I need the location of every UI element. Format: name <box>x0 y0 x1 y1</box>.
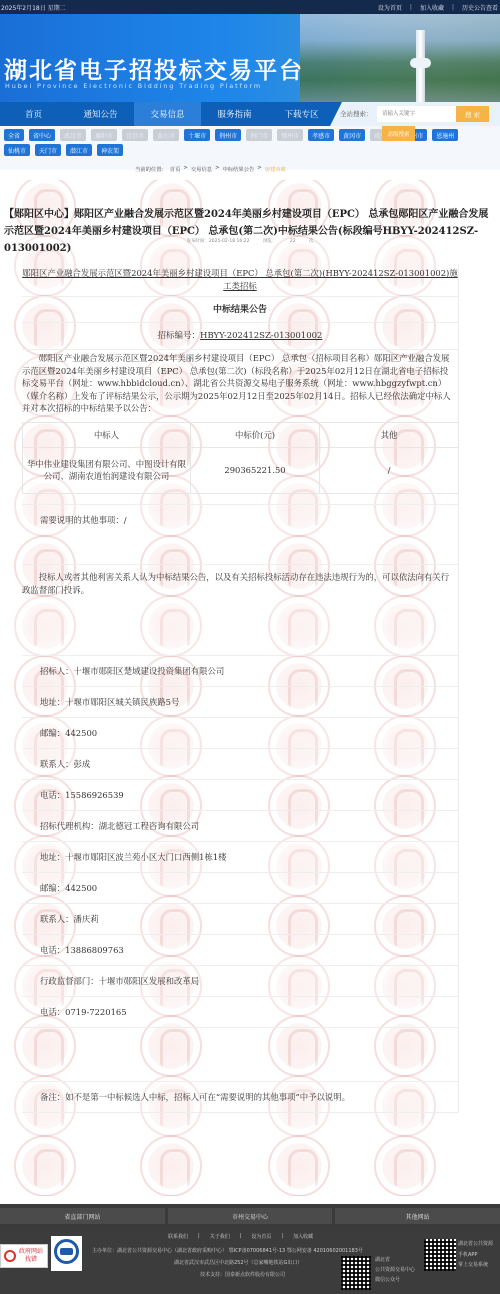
breadcrumb-prefix: 当前的位置： <box>135 165 167 173</box>
intro-paragraph: 郧阳区产业融合发展示范区暨2024年美丽乡村建设项目（EPC） 总承包（招标项目… <box>22 349 458 419</box>
add-favorite-link[interactable]: 加入收藏 <box>420 3 444 12</box>
gov-error-report-badge[interactable]: 政府网站找错 <box>0 1244 48 1268</box>
contact-line: 邮编：442500 <box>22 718 458 749</box>
breadcrumb-trade-info[interactable]: 交易信息 <box>191 165 212 173</box>
note-line: 备注：如不是第一中标候选人中标，招标人可在“需要说明的其他事项”中予以说明。 <box>22 1082 458 1113</box>
article-content: 郧阳区产业融合发展示范区暨2024年美丽乡村建设项目（EPC） 总承包(第二次)… <box>22 264 459 1113</box>
breadcrumb-home[interactable]: 首页 <box>170 165 181 173</box>
gov-badge-line2: 找错 <box>19 1256 43 1264</box>
region-chip: 鄂州市 <box>277 129 303 141</box>
region-chip: 荆门市 <box>246 129 272 141</box>
views-unit: 次 <box>309 239 314 244</box>
app-qr-code <box>424 1239 456 1271</box>
contact-line: 电话：15586926539 <box>22 780 458 811</box>
footer-links: 联系我们| 关于我们| 设为首页| 加入收藏 <box>168 1233 313 1240</box>
region-filter: 全省省中心武汉市襄阳市宜昌市黄石市十堰市荆州市荆门市鄂州市孝感市黄冈市咸宁市随州… <box>0 126 500 170</box>
main-nav: 首页 通知公告 交易信息 服务指南 下载专区 全站搜索： 搜 索 <box>0 102 500 126</box>
search-button[interactable]: 搜 索 <box>456 106 489 122</box>
region-chip: 襄阳市 <box>91 129 117 141</box>
gov-badge-line1: 政府网站 <box>19 1248 43 1256</box>
region-chip[interactable]: 恩施州 <box>432 129 458 141</box>
region-chip[interactable]: 天门市 <box>35 144 61 156</box>
notice-heading: 中标结果公告 <box>22 297 458 323</box>
city-trade-centers[interactable]: 市州交易中心 <box>168 1208 333 1224</box>
breadcrumb-sep: > <box>183 165 187 173</box>
contact-line: 联系人：彭成 <box>22 749 458 780</box>
price-cell: 290365221.50 <box>191 447 320 493</box>
host-info: 主办单位：湖北省公共资源交易中心（湖北省政府采购中心） 鄂ICP备0700684… <box>92 1247 363 1254</box>
bid-number-label: 招标编号： <box>158 331 201 341</box>
search-label: 全站搜索： <box>340 109 373 118</box>
article-meta: 发布时间：2025-02-18 16:22 浏览： 22 次 <box>0 238 500 244</box>
app-qr-caption: 湖北省公共资源手机APP掌上交易系统 <box>458 1239 493 1271</box>
contact-line: 电话：13886809763 <box>22 935 458 966</box>
bid-number: 招标编号：HBYY-202412SZ-013001002 <box>22 323 458 349</box>
banner: 湖北省电子招投标交易平台 Hubei Province Electronic B… <box>0 14 500 102</box>
about-us-link[interactable]: 关于我们 <box>210 1233 230 1240</box>
header-other: 其他 <box>320 422 459 447</box>
contact-line: 招标人：十堰市郧阳区楚域建设投资集团有限公司 <box>22 656 458 687</box>
nav-notices[interactable]: 通知公告 <box>67 102 134 126</box>
address-info: 湖北省武汉市武昌区中北路252号（总家嘴地铁站G出口） <box>174 1259 302 1266</box>
nav-trade-info[interactable]: 交易信息 <box>134 102 201 126</box>
provincial-dept-sites[interactable]: 省直部门网站 <box>0 1208 165 1224</box>
header-winner: 中标人 <box>23 422 191 447</box>
region-chip[interactable]: 全省 <box>4 129 24 141</box>
tower-image <box>416 30 425 102</box>
current-date: 2025年2月18日 星期二 <box>1 3 66 12</box>
publish-time: 发布时间：2025-02-18 16:22 <box>186 239 249 244</box>
breadcrumb-sep: > <box>257 165 261 173</box>
footer: 政府网站找错 联系我们| 关于我们| 设为首页| 加入收藏 主办单位：湖北省公共… <box>0 1228 500 1294</box>
contact-list: 招标人：十堰市郧阳区楚域建设投资集团有限公司地址：十堰市郧阳区城关镇民族路5号邮… <box>22 656 458 1028</box>
header-price: 中标价(元) <box>191 422 320 447</box>
region-chip[interactable]: 仙桃市 <box>4 144 30 156</box>
other-sites[interactable]: 其他网站 <box>335 1208 500 1224</box>
region-chip[interactable]: 潜江市 <box>66 144 92 156</box>
wechat-qr-code <box>341 1256 371 1290</box>
views-label: 浏览： <box>263 239 277 244</box>
region-chip[interactable]: 荆州市 <box>215 129 241 141</box>
page-title: 【郧阳区中心】郧阳区产业融合发展示范区暨2024年美丽乡村建设项目（EPC） 总… <box>4 206 498 257</box>
other-cell: / <box>320 447 459 493</box>
police-emblem-icon[interactable] <box>51 1236 82 1271</box>
contact-line: 行政监督部门：十堰市郧阳区发展和改革局 <box>22 966 458 997</box>
set-homepage-link[interactable]: 设为首页 <box>378 3 402 12</box>
region-chip[interactable]: 神农架 <box>97 144 123 156</box>
contact-line: 联系人：潘庆莉 <box>22 904 458 935</box>
contact-line: 电话：0719-7220165 <box>22 997 458 1028</box>
nav-service-guide[interactable]: 服务指南 <box>201 102 268 126</box>
table-header-row: 中标人 中标价(元) 其他 <box>23 422 459 447</box>
footer-link-groups: 省直部门网站 市州交易中心 其他网站 <box>0 1204 500 1228</box>
search-input[interactable] <box>377 106 457 122</box>
complaint-paragraph: 投标人或者其他利害关系人认为中标结果公告，以及有关招标投标活动存在违法违规行为的… <box>22 564 458 636</box>
bid-number-value: HBYY-202412SZ-013001002 <box>200 331 322 341</box>
table-row: 华中伟业建设集团有限公司、中图设计有限公司、湖南农道怡润建设有限公司 29036… <box>23 447 459 493</box>
site-title: 湖北省电子招投标交易平台 <box>4 52 304 85</box>
article-area: 【郧阳区中心】郧阳区产业融合发展示范区暨2024年美丽乡村建设项目（EPC） 总… <box>0 180 500 1196</box>
project-subject: 郧阳区产业融合发展示范区暨2024年美丽乡村建设项目（EPC） 总承包(第二次)… <box>22 264 458 297</box>
footer-add-favorite-link[interactable]: 加入收藏 <box>293 1233 313 1240</box>
winner-cell: 华中伟业建设集团有限公司、中图设计有限公司、湖南农道怡润建设有限公司 <box>23 447 191 493</box>
views-count: 22 <box>290 239 296 244</box>
region-chip: 黄石市 <box>153 129 179 141</box>
top-links: 设为首页 | 加入收藏 | 历史公告查看 <box>378 3 498 12</box>
region-chip[interactable]: 十堰市 <box>184 129 210 141</box>
region-chip[interactable]: 省中心 <box>29 129 55 141</box>
contact-line: 地址：十堰市郧阳区城关镇民族路5号 <box>22 687 458 718</box>
site-subtitle: Hubei Province Electronic Bidding Tradin… <box>5 82 262 90</box>
nav-home[interactable]: 首页 <box>0 102 67 126</box>
breadcrumb: 当前的位置： 首页 > 交易信息 > 中标结果公告 > 房建市政 <box>135 165 286 173</box>
region-chip[interactable]: 黄冈市 <box>339 129 365 141</box>
separator: | <box>452 4 454 11</box>
breadcrumb-current: 房建市政 <box>265 165 286 173</box>
history-link[interactable]: 历史公告查看 <box>462 3 498 12</box>
contact-line: 地址：十堰市郧阳区波兰苑小区大门口西侧1栋1楼 <box>22 842 458 873</box>
city-image <box>300 14 500 102</box>
region-chip: 宜昌市 <box>122 129 148 141</box>
breadcrumb-award-notice[interactable]: 中标结果公告 <box>223 165 255 173</box>
magnifier-icon <box>4 1250 16 1262</box>
wechat-qr-caption: 湖北省公共资源交易中心微信公众号 <box>375 1255 415 1285</box>
advanced-search-button[interactable]: 高级搜索 <box>382 126 415 141</box>
contact-us-link[interactable]: 联系我们 <box>168 1233 188 1240</box>
region-chip: 武汉市 <box>60 129 86 141</box>
contact-line: 招标代理机构：湖北德冠工程咨询有限公司 <box>22 811 458 842</box>
tech-support-info: 技术支持：国泰新点软件股份有限公司 <box>200 1271 285 1278</box>
region-chip[interactable]: 孝感市 <box>308 129 334 141</box>
separator: | <box>410 4 412 11</box>
breadcrumb-sep: > <box>215 165 219 173</box>
nav-downloads[interactable]: 下载专区 <box>268 102 335 126</box>
top-bar: 2025年2月18日 星期二 设为首页 | 加入收藏 | 历史公告查看 <box>0 0 500 14</box>
other-matters: 需要说明的其他事项：/ <box>22 504 458 564</box>
footer-set-homepage-link[interactable]: 设为首页 <box>251 1233 271 1240</box>
other-matters-text: 需要说明的其他事项：/ <box>40 515 127 525</box>
contact-line: 邮编：442500 <box>22 873 458 904</box>
award-table: 中标人 中标价(元) 其他 华中伟业建设集团有限公司、中图设计有限公司、湖南农道… <box>22 422 459 494</box>
